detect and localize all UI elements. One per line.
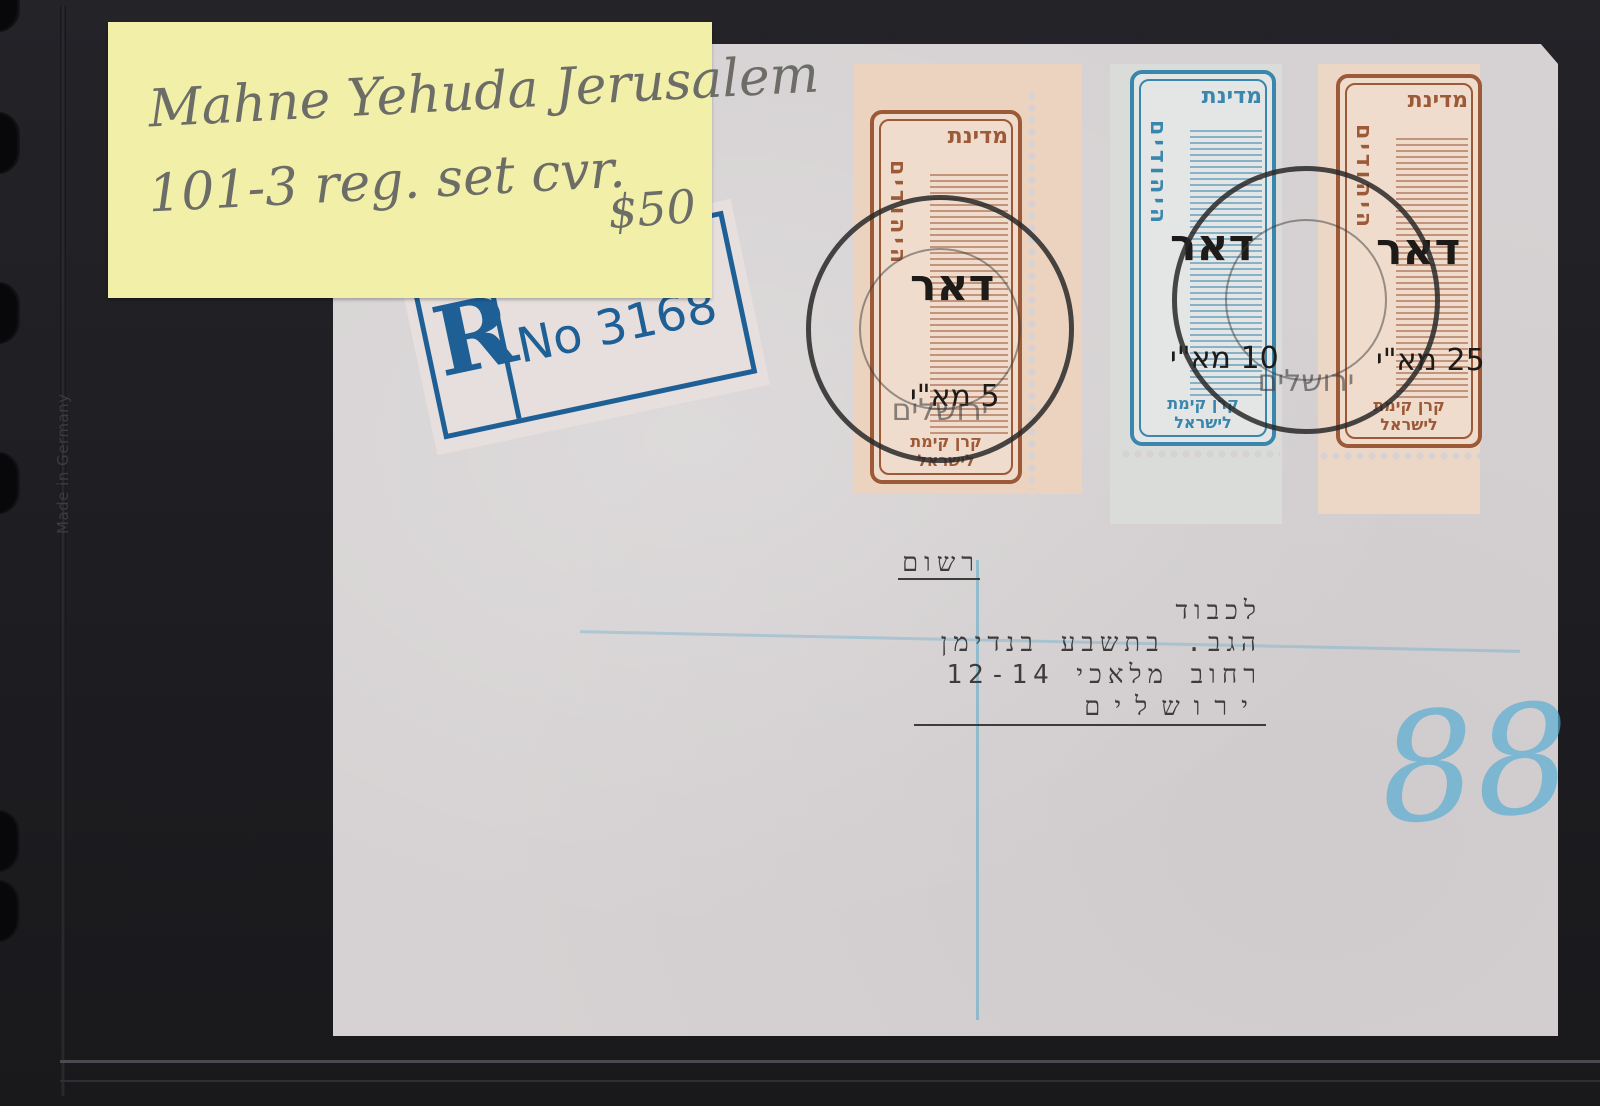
album-strip: [60, 1060, 1600, 1063]
album-strip: [60, 1080, 1600, 1082]
album-spine: [60, 6, 66, 1096]
binder-hole: [0, 452, 20, 514]
stamp-vertical-text: היהודים: [1144, 120, 1170, 227]
underline: [914, 724, 1266, 726]
address-line-4: ירושלים: [990, 692, 1262, 722]
binder-hole: [0, 810, 20, 872]
postmark-cancel: ירושלים: [1172, 166, 1440, 434]
stamp-state-text: מדינת: [1202, 84, 1262, 109]
album-imprint: Made in Germany: [54, 364, 72, 534]
address-line-2: הגב. בתשבע בנדימן: [920, 628, 1262, 658]
postmark-city: ירושלים: [811, 393, 1069, 428]
binder-hole: [0, 0, 20, 32]
stamp-state-text: מדינת: [1408, 88, 1468, 113]
binder-hole: [0, 282, 20, 344]
binder-hole: [0, 880, 20, 942]
dealer-note: Mahne Yehuda Jerusalem 101-3 reg. set cv…: [108, 22, 712, 298]
registered-mark: רשום: [898, 548, 980, 578]
address-line-3: רחוב מלאכי 12-14: [930, 660, 1262, 690]
postmark-cancel: ירושלים: [806, 195, 1074, 463]
note-price: $50: [606, 179, 697, 239]
postmark-city: ירושלים: [1177, 364, 1435, 399]
stamp-state-text: מדינת: [948, 124, 1008, 149]
address-line-1: לכבוד: [1140, 596, 1262, 626]
underline: [898, 578, 980, 580]
binder-hole: [0, 112, 20, 174]
note-line-2: 101-3 reg. set cvr.: [147, 140, 627, 225]
perforations: [1120, 448, 1280, 460]
pencil-mark: 88: [1375, 684, 1576, 847]
perforations: [1318, 450, 1480, 462]
